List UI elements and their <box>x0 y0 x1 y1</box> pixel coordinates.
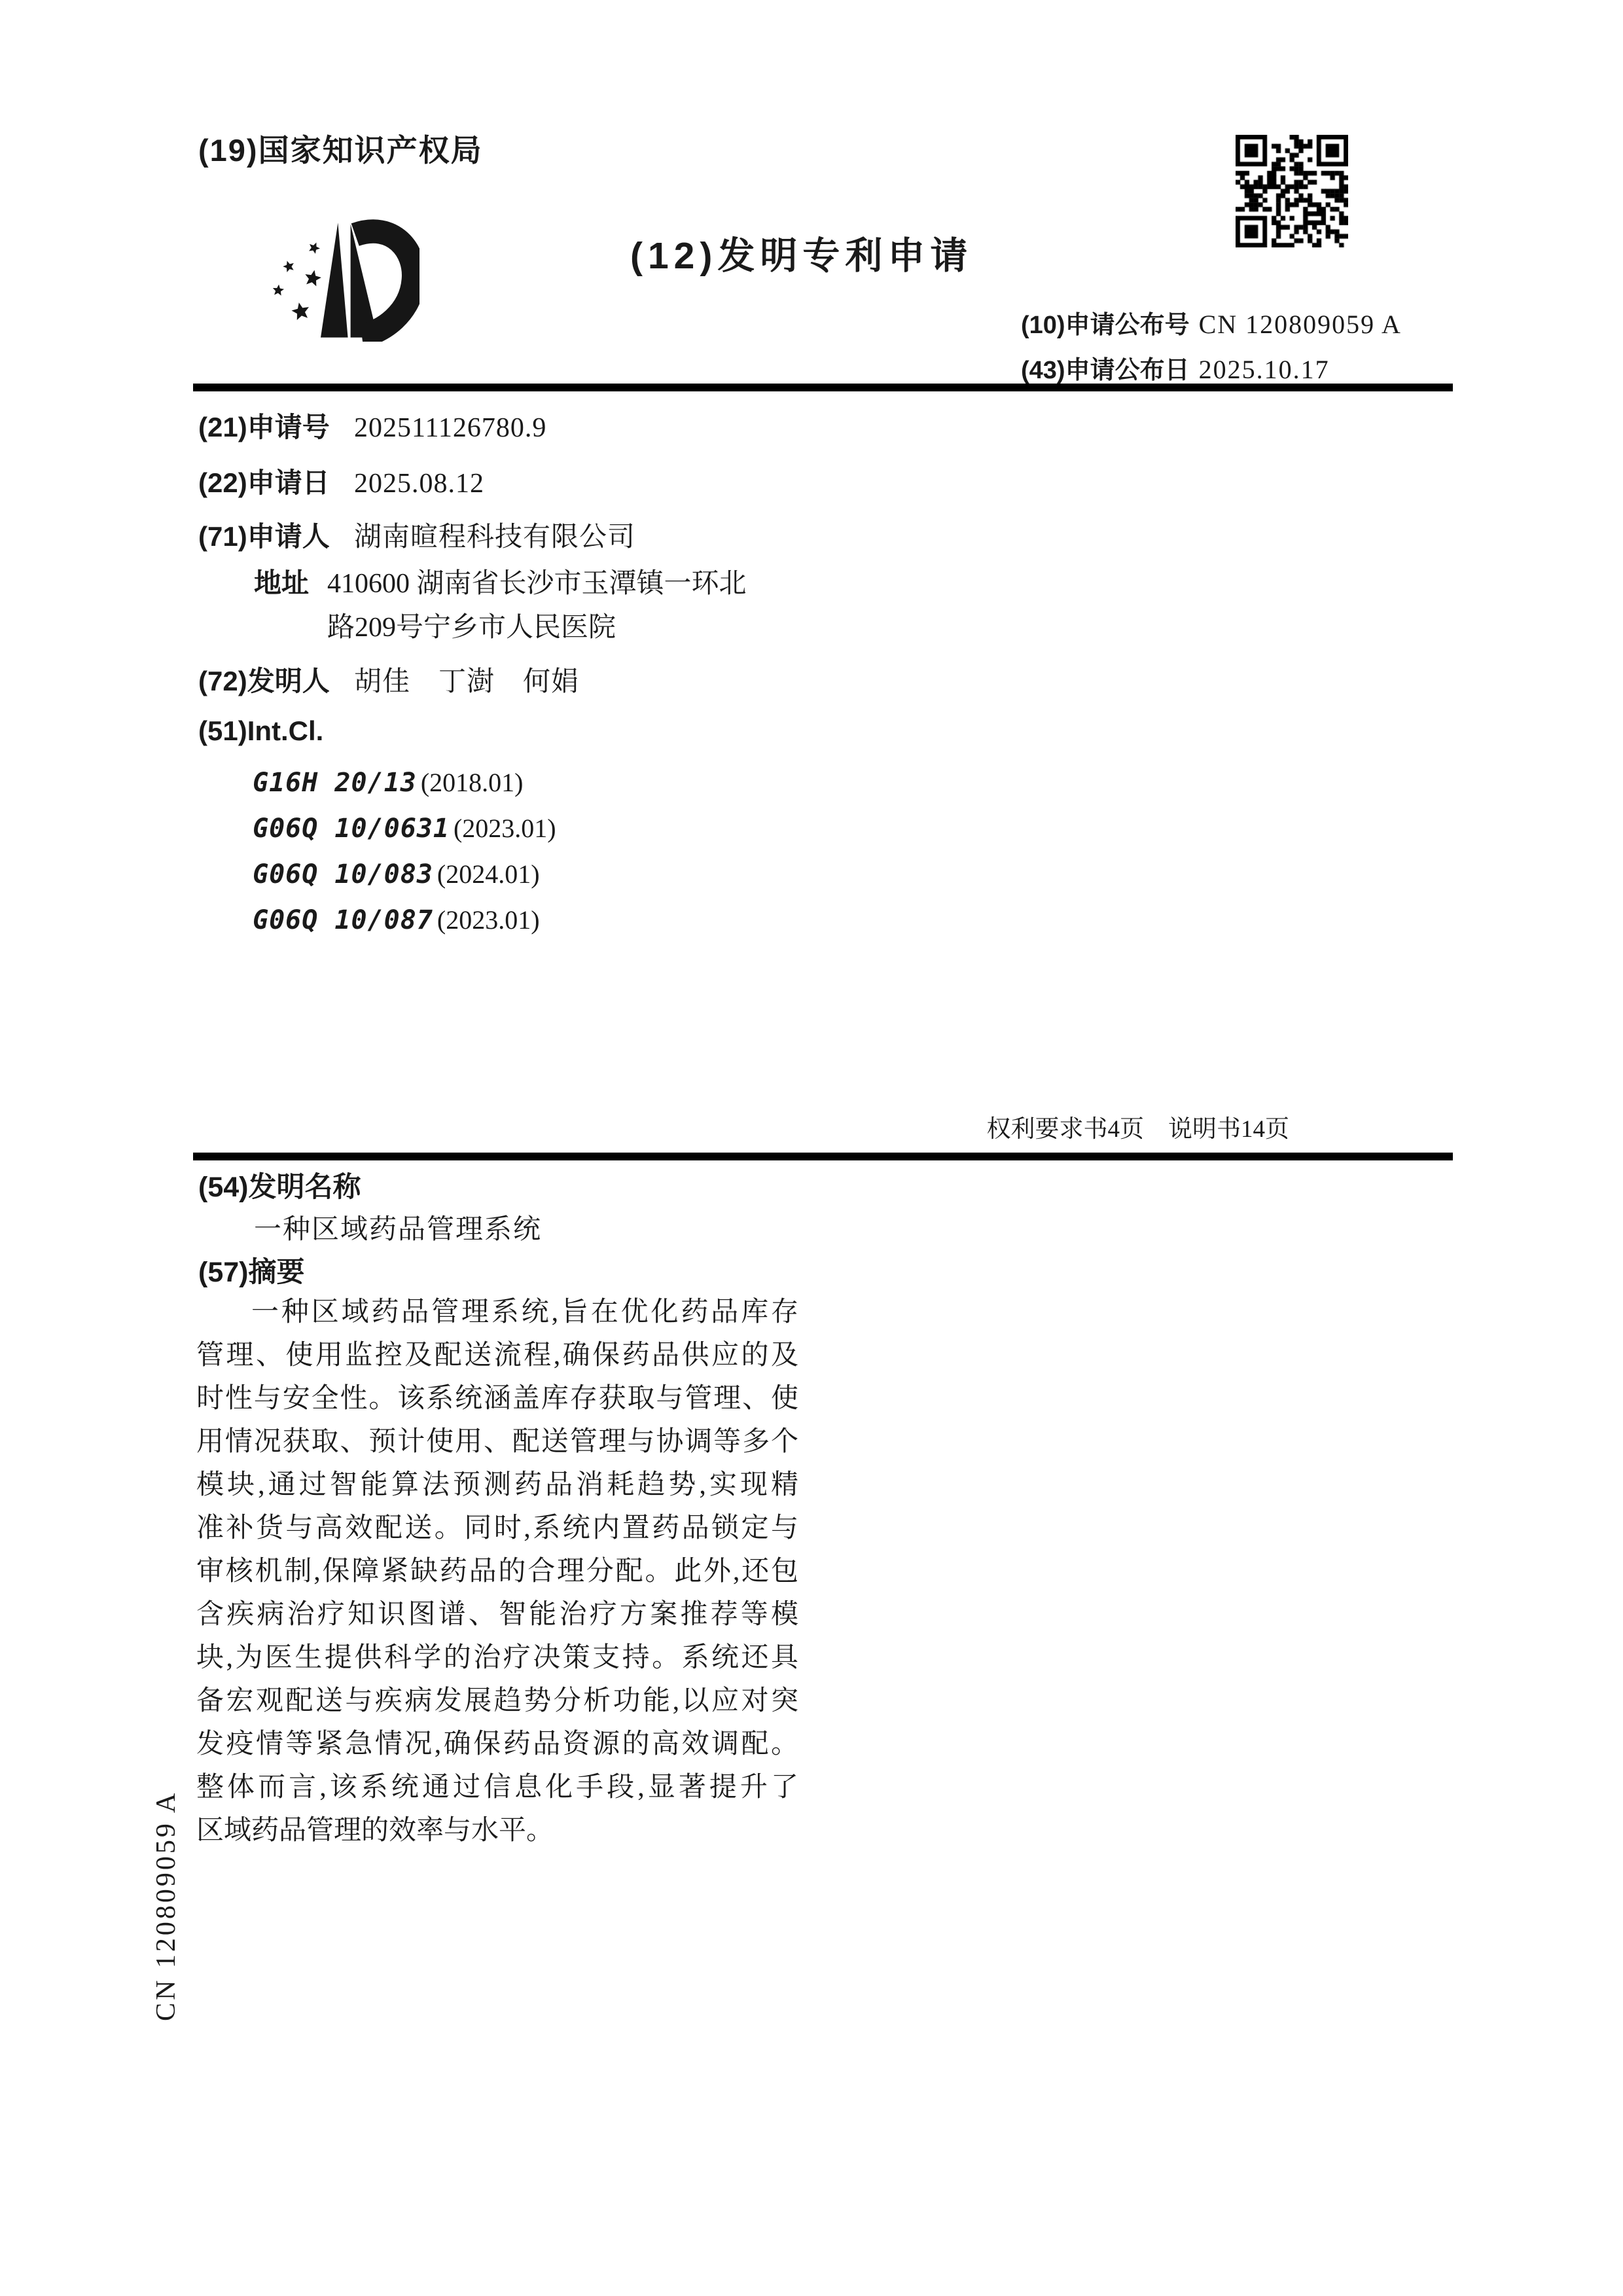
filing-date-label: (22)申请日 <box>198 461 354 501</box>
publication-number-row: (10)申请公布号CN 120809059 A <box>1021 304 1402 340</box>
invention-title: 一种区域药品管理系统 <box>254 1208 542 1247</box>
filing-date-row: (22)申请日2025.08.12 <box>198 461 484 501</box>
int-cl-row: (51)Int.Cl. <box>198 715 354 747</box>
qr-code <box>1236 135 1348 247</box>
abstract-line: 审核机制,保障紧缺药品的合理分配。此外,还包 <box>196 1550 798 1593</box>
abstract-line: 块,为医生提供科学的治疗决策支持。系统还具 <box>196 1636 798 1679</box>
abstract-line: 模块,通过智能算法预测药品消耗趋势,实现精 <box>196 1463 798 1507</box>
logo-tower-left <box>321 223 348 337</box>
int-cl-version: (2023.01) <box>454 814 556 843</box>
abstract-line: 区域药品管理的效率与水平。 <box>196 1809 798 1852</box>
section-divider-rule <box>193 1153 1453 1160</box>
header-divider-rule <box>193 384 1453 391</box>
inventors-row: (72)发明人胡佳 丁澍 何娟 <box>198 660 579 699</box>
applicant-row: (71)申请人湖南暄程科技有限公司 <box>198 515 635 554</box>
address-row: 地址410600 湖南省长沙市玉潭镇一环北 <box>254 562 747 601</box>
int-cl-entry: G06Q 10/083(2024.01) <box>253 859 540 889</box>
cnipa-logo-icon <box>270 219 419 342</box>
abstract-line: 备宏观配送与疾病发展趋势分析功能,以应对突 <box>196 1679 798 1723</box>
int-cl-code: G06Q 10/087 <box>253 905 433 935</box>
int-cl-code: G16H 20/13 <box>253 768 417 798</box>
int-cl-label: (51)Int.Cl. <box>198 715 354 747</box>
int-cl-code: G06Q 10/0631 <box>253 814 450 844</box>
address-line1: 410600 湖南省长沙市玉潭镇一环北 <box>327 569 747 599</box>
abstract-line: 用情况获取、预计使用、配送管理与协调等多个 <box>196 1420 798 1463</box>
publication-date-row: (43)申请公布日2025.10.17 <box>1021 350 1330 386</box>
logo-stars <box>273 242 321 320</box>
abstract-line: 时性与安全性。该系统涵盖库存获取与管理、使 <box>196 1377 798 1420</box>
address-line2: 路209号宁乡市人民医院 <box>327 605 616 645</box>
abstract-text: 一种区域药品管理系统,旨在优化药品库存 管理、使用监控及配送流程,确保药品供应的… <box>196 1291 798 1852</box>
int-cl-entry: G06Q 10/087(2023.01) <box>253 905 540 935</box>
application-number-label: (21)申请号 <box>198 406 354 445</box>
abstract-line: 发疫情等紧急情况,确保药品资源的高效调配。 <box>196 1723 798 1766</box>
inventors-label: (72)发明人 <box>198 660 354 699</box>
abstract-line: 一种区域药品管理系统,旨在优化药品库存 <box>196 1291 798 1334</box>
invention-title-label: (54)发明名称 <box>198 1165 361 1205</box>
int-cl-code: G06Q 10/083 <box>253 859 433 889</box>
applicant-value: 湖南暄程科技有限公司 <box>354 522 635 552</box>
publication-number-value: CN 120809059 A <box>1199 310 1402 339</box>
application-number-value: 202511126780.9 <box>354 413 546 443</box>
int-cl-version: (2023.01) <box>437 905 540 935</box>
int-cl-version: (2024.01) <box>437 859 540 889</box>
int-cl-entry: G06Q 10/0631(2023.01) <box>253 813 556 844</box>
document-type-title: (12)发明专利申请 <box>630 226 972 279</box>
filing-date-value: 2025.08.12 <box>354 469 484 499</box>
int-cl-version: (2018.01) <box>421 768 524 797</box>
publication-date-value: 2025.10.17 <box>1199 355 1330 384</box>
application-number-row: (21)申请号202511126780.9 <box>198 406 546 445</box>
publication-date-label: (43)申请公布日 <box>1021 357 1190 384</box>
abstract-line: 整体而言,该系统通过信息化手段,显著提升了 <box>196 1766 798 1809</box>
abstract-label: (57)摘要 <box>198 1250 304 1290</box>
inventors-value: 胡佳 丁澍 何娟 <box>354 667 579 697</box>
pages-count-info: 权利要求书4页 说明书14页 <box>720 1109 1289 1144</box>
publication-number-label: (10)申请公布号 <box>1021 312 1190 339</box>
abstract-line: 管理、使用监控及配送流程,确保药品供应的及 <box>196 1334 798 1377</box>
patent-front-page: (19)国家知识产权局 (12)发明专利申请 (10)申请公布号CN 12080… <box>0 0 1623 2296</box>
applicant-label: (71)申请人 <box>198 515 354 554</box>
int-cl-entry: G16H 20/13(2018.01) <box>253 767 523 798</box>
abstract-line: 准补货与高效配送。同时,系统内置药品锁定与 <box>196 1507 798 1550</box>
address-label: 地址 <box>254 562 327 601</box>
patent-office-name: (19)国家知识产权局 <box>198 126 483 170</box>
side-publication-number: CN 120809059 A <box>151 1791 182 2021</box>
abstract-line: 含疾病治疗知识图谱、智能治疗方案推荐等模 <box>196 1593 798 1636</box>
